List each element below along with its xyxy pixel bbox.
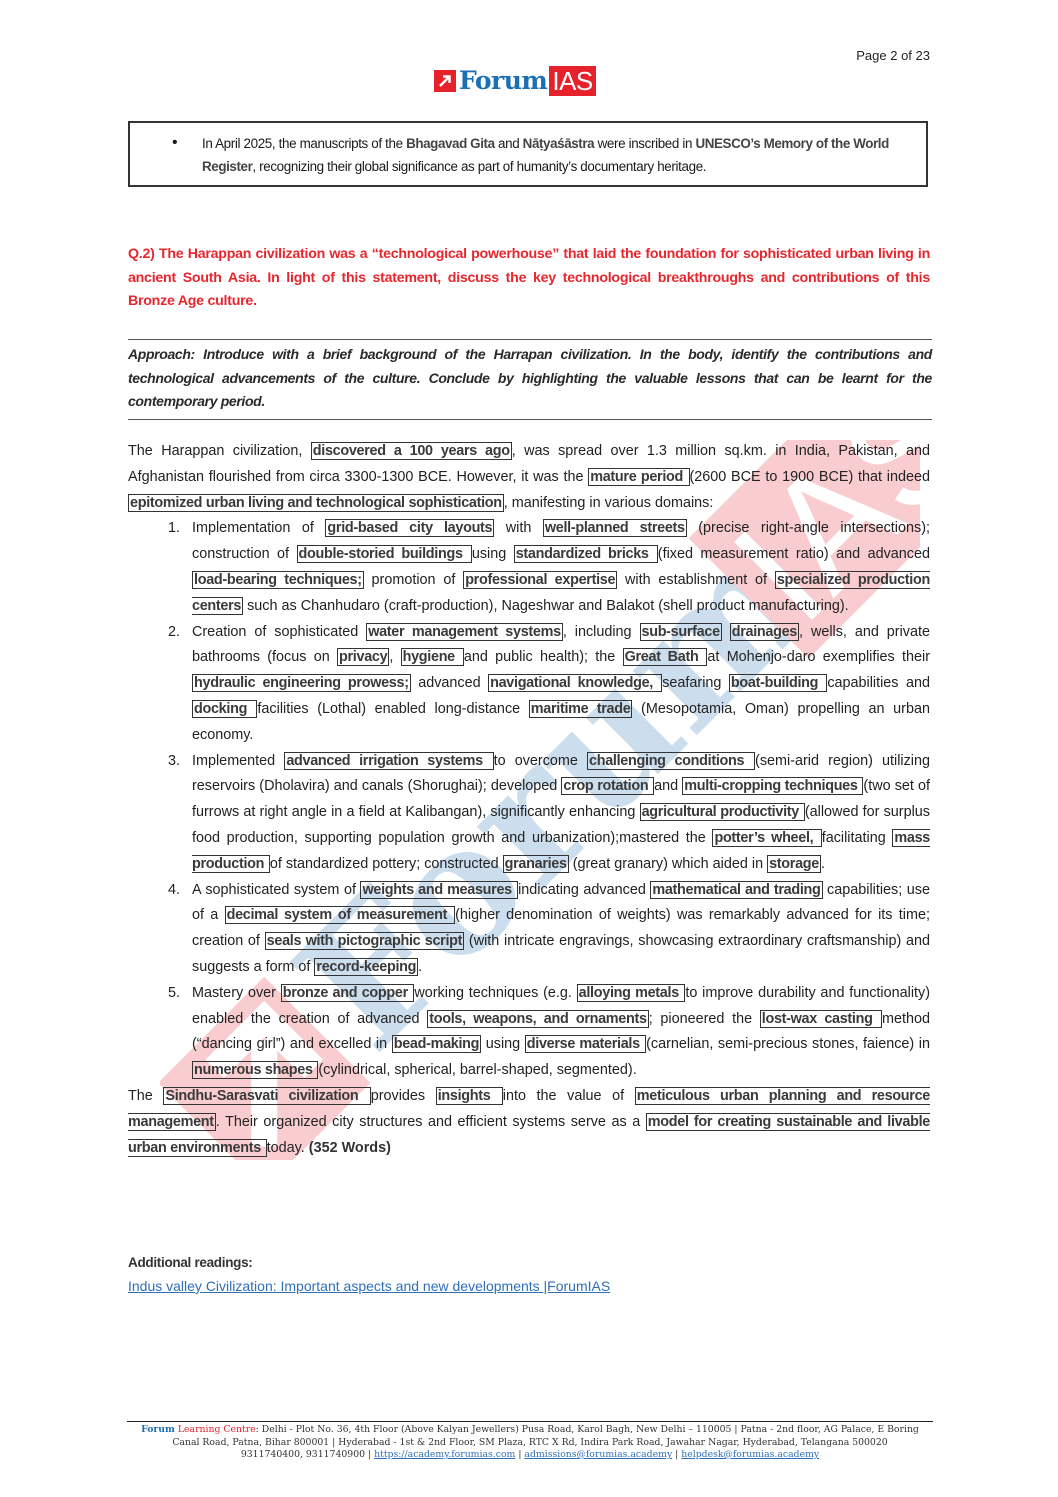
point-item: A sophisticated system of weights and me… [192, 878, 930, 981]
body-text: with [494, 520, 543, 536]
highlighted-keyword: storage [767, 855, 821, 873]
highlighted-keyword: discovered a 100 years ago [311, 442, 512, 460]
keyword: Bhagavad Gita [406, 136, 495, 151]
highlighted-keyword: decimal system of measurement [225, 906, 456, 924]
question-heading: Q.2) The Harappan civilization was a “te… [128, 243, 930, 314]
intro-paragraph: The Harappan civilization, discovered a … [128, 439, 930, 516]
highlighted-keyword: alloying metals [577, 984, 686, 1002]
highlighted-keyword: bronze and copper [281, 984, 415, 1002]
note-text: , recognizing their global significance … [252, 159, 706, 174]
body-text: (fixed measurement ratio) and advanced [658, 546, 930, 562]
highlighted-keyword: multi-cropping techniques [682, 777, 863, 795]
body-text: . [418, 959, 422, 975]
highlighted-keyword: privacy [337, 648, 389, 666]
highlighted-keyword: weights and measures [360, 881, 518, 899]
body-text: The [128, 1088, 163, 1104]
footer-phones: 9311740400, 9311740900 [241, 1449, 365, 1460]
highlighted-keyword: boat-building [729, 674, 827, 692]
conclusion-paragraph: The Sindhu-Sarasvati civilization provid… [128, 1084, 930, 1161]
highlighted-keyword: seals with pictographic script [265, 932, 465, 950]
point-item: Mastery over bronze and copper working t… [192, 981, 930, 1084]
highlighted-keyword: insights [436, 1087, 503, 1105]
highlighted-keyword: hydraulic engineering prowess; [192, 674, 411, 692]
body-text: Mastery over [192, 985, 281, 1001]
highlighted-keyword: record-keeping [314, 958, 418, 976]
body-text: indicating advanced [518, 882, 650, 898]
forumias-logo: Forum IAS [434, 66, 596, 96]
body-text: . Their organized city structures and ef… [216, 1114, 646, 1130]
highlighted-keyword: tools, weapons, and ornaments [427, 1010, 648, 1028]
highlighted-keyword: hygiene [401, 648, 464, 666]
highlighted-keyword: mathematical and trading [650, 881, 822, 899]
highlighted-keyword: challenging conditions [587, 752, 755, 770]
body-text: Creation of sophisticated [192, 624, 366, 640]
arrow-up-right-icon [434, 70, 456, 92]
body-text: working techniques (e.g. [414, 985, 576, 1001]
highlighted-keyword: navigational knowledge, [488, 674, 662, 692]
body-text: . [821, 856, 825, 872]
highlighted-keyword: Sindhu-Sarasvati civilization [163, 1087, 370, 1105]
body-text: Implemented [192, 753, 284, 769]
body-text: using [472, 546, 514, 562]
note-text: were inscribed in [594, 136, 695, 151]
footer-line-1: Forum Learning Centre: Delhi - Plot No. … [127, 1424, 933, 1437]
highlighted-keyword: load-bearing techniques; [192, 571, 364, 589]
word-count: (352 Words) [309, 1140, 391, 1156]
body-text: capabilities and [827, 675, 930, 691]
point-item: Implementation of grid-based city layout… [192, 516, 930, 619]
body-text: Implementation of [192, 520, 325, 536]
highlighted-keyword: bead-making [392, 1035, 481, 1053]
body-text: at Mohenjo-daro exemplifies their [707, 649, 930, 665]
footer-brand: Forum [141, 1424, 175, 1435]
highlighted-keyword: maritime trade [529, 700, 633, 718]
page-number: Page 2 of 23 [856, 48, 930, 63]
body-text: The Harappan civilization, [128, 443, 311, 459]
body-text: , including [563, 624, 640, 640]
body-text: into the value of [503, 1088, 635, 1104]
note-text: In April 2025, the manuscripts of the [202, 136, 406, 151]
highlighted-keyword: crop rotation [561, 777, 654, 795]
body-text: to overcome [494, 753, 587, 769]
point-item: Implemented advanced irrigation systems … [192, 749, 930, 878]
body-text: provides [371, 1088, 436, 1104]
highlighted-keyword: advanced irrigation systems [284, 752, 493, 770]
logo-text-forum: Forum [459, 67, 547, 95]
approach-section: Approach: Introduce with a brief backgro… [128, 339, 932, 420]
body-text: , manifesting in various domains: [504, 495, 714, 511]
body-text: and public health); the [464, 649, 623, 665]
highlighted-keyword: standardized bricks [514, 545, 658, 563]
body-text: using [481, 1036, 525, 1052]
body-text: advanced [411, 675, 488, 691]
body-text: with establishment of [617, 572, 775, 588]
footer-address-1: Delhi - Plot No. 36, 4th Floor (Above Ka… [262, 1424, 919, 1435]
highlighted-keyword: mature period [588, 468, 689, 486]
footer-line-2: Canal Road, Patna, Bihar 800001 | Hydera… [127, 1437, 933, 1450]
highlighted-keyword: water management systems [366, 623, 563, 641]
highlighted-keyword: professional expertise [463, 571, 617, 589]
logo-text-ias: IAS [549, 66, 595, 96]
footer: Forum Learning Centre: Delhi - Plot No. … [127, 1421, 933, 1462]
body-text: (2600 BCE to 1900 BCE) that indeed [690, 469, 931, 485]
additional-readings-heading: Additional readings: [128, 1255, 253, 1270]
body-text: promotion of [364, 572, 463, 588]
highlighted-keyword: double-storied buildings [297, 545, 472, 563]
highlighted-keyword: agricultural productivity [640, 803, 805, 821]
highlighted-keyword: docking [192, 700, 257, 718]
highlighted-keyword: epitomized urban living and technologica… [128, 494, 504, 512]
body-text: (great granary) which aided in [569, 856, 767, 872]
body-text: A sophisticated system of [192, 882, 360, 898]
footer-brand-sub: Learning Centre [175, 1424, 256, 1435]
body-text: (cylindrical, spherical, barrel-shaped, … [318, 1062, 636, 1078]
body-text [722, 624, 730, 640]
highlighted-keyword: diverse materials [525, 1035, 646, 1053]
body-text: and [654, 778, 682, 794]
body-text: facilitating [822, 830, 893, 846]
highlighted-keyword: lost-wax casting [760, 1010, 882, 1028]
points-list: Implementation of grid-based city layout… [128, 516, 930, 1084]
highlighted-keyword: sub-surface [640, 623, 722, 641]
body-text: (carnelian, semi-precious stones, faienc… [646, 1036, 930, 1052]
footer-helpdesk-email-link[interactable]: helpdesk@forumias.academy [681, 1449, 819, 1460]
highlighted-keyword: Great Bath [623, 648, 708, 666]
highlighted-keyword: well-planned streets [543, 519, 687, 537]
body-text: ; pioneered the [649, 1011, 760, 1027]
footer-admissions-email-link[interactable]: admissions@forumias.academy [524, 1449, 672, 1460]
body-text: today. [267, 1140, 309, 1156]
note-bullet: In April 2025, the manuscripts of the Bh… [202, 123, 926, 178]
note-box: In April 2025, the manuscripts of the Bh… [128, 121, 928, 187]
body-text: seafaring [662, 675, 729, 691]
answer-body: The Harappan civilization, discovered a … [128, 439, 930, 1161]
highlighted-keyword: granaries [503, 855, 569, 873]
highlighted-keyword: potter’s wheel, [712, 829, 821, 847]
footer-website-link[interactable]: https://academy.forumias.com [374, 1449, 515, 1460]
additional-reading-link[interactable]: Indus valley Civilization: Important asp… [128, 1278, 610, 1294]
highlighted-keyword: drainages [730, 623, 799, 641]
point-item: Creation of sophisticated water manageme… [192, 620, 930, 749]
highlighted-keyword: numerous shapes [192, 1061, 318, 1079]
body-text: of standardized pottery; constructed [270, 856, 503, 872]
note-text: and [495, 136, 523, 151]
body-text: facilities (Lothal) enabled long-distanc… [257, 701, 528, 717]
body-text: such as Chanhudaro (craft-production), N… [243, 598, 849, 614]
body-text: , [389, 649, 400, 665]
keyword: Nāṭyaśāstra [523, 136, 595, 151]
highlighted-keyword: grid-based city layouts [325, 519, 494, 537]
footer-line-3: 9311740400, 9311740900 | https://academy… [127, 1449, 933, 1462]
